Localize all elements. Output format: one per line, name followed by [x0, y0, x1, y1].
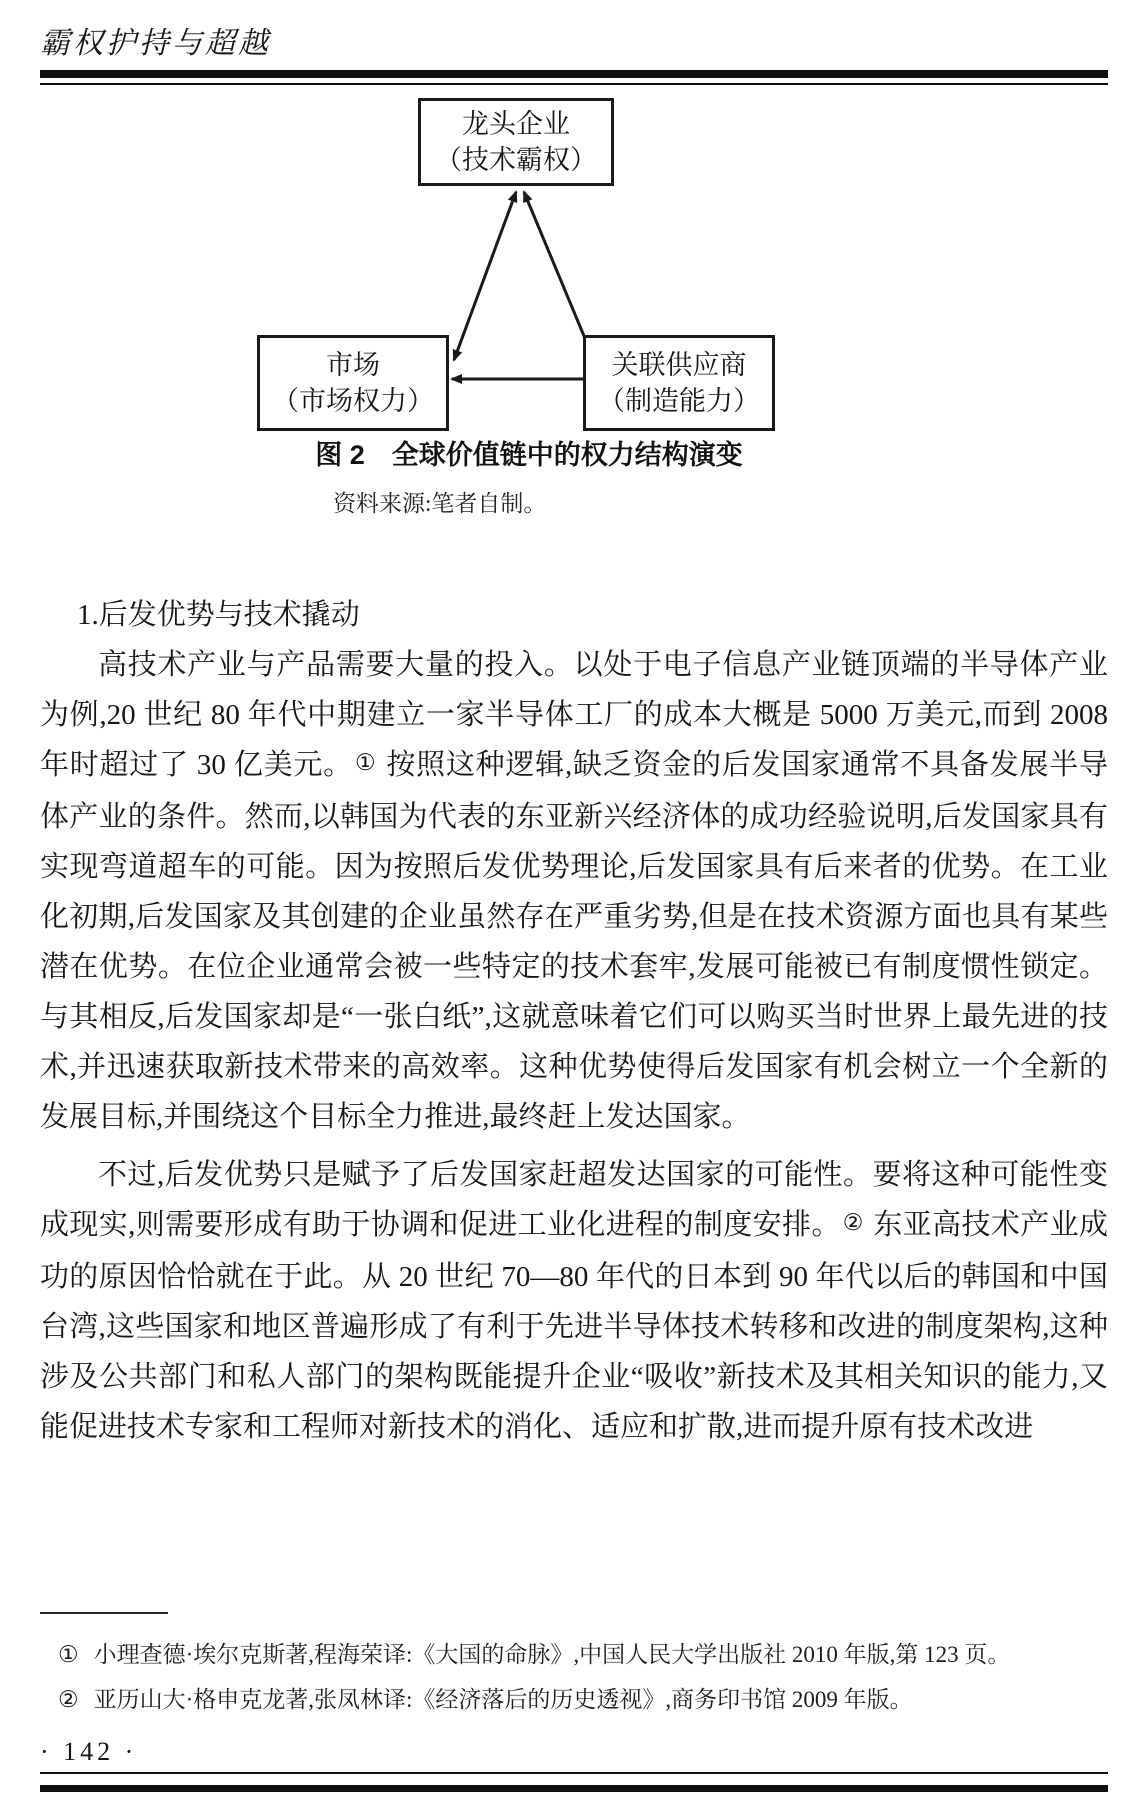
page-footer: · 142 · — [40, 1736, 1108, 1792]
footnote-2: ② 亚历山大·格申克龙著,张凤林译:《经济落后的历史透视》,商务印书馆 2009… — [40, 1677, 1108, 1722]
power-structure-diagram: 龙头企业 （技术霸权） 市场 （市场权力） 关联供应商 （制造能力） — [40, 98, 1108, 428]
node-lead-firm-subtitle: （技术霸权） — [435, 142, 597, 178]
node-lead-firm: 龙头企业 （技术霸权） — [418, 98, 614, 186]
footnote-2-text: 亚历山大·格申克龙著,张凤林译:《经济落后的历史透视》,商务印书馆 2009 年… — [94, 1677, 913, 1722]
node-market: 市场 （市场权力） — [257, 335, 449, 431]
paragraph-2: 不过,后发优势只是赋予了后发国家赶超发达国家的可能性。要将这种可能性变成现实,则… — [40, 1150, 1108, 1452]
header-rule-thin — [40, 83, 1108, 85]
node-supplier: 关联供应商 （制造能力） — [583, 335, 775, 431]
page-header: 霸权护持与超越 — [40, 0, 1108, 85]
paragraph-1-text-post: 按照这种逻辑,缺乏资金的后发国家通常不具备发展半导体产业的条件。然而,以韩国为代… — [40, 749, 1108, 1133]
node-lead-firm-title: 龙头企业 — [462, 106, 570, 142]
node-market-title: 市场 — [326, 347, 380, 383]
node-market-subtitle: （市场权力） — [272, 383, 434, 419]
paragraph-1: 高技术产业与产品需要大量的投入。以处于电子信息产业链顶端的半导体产业为例,20 … — [40, 640, 1108, 1142]
footnote-2-marker: ② — [58, 1677, 79, 1722]
page-number: · 142 · — [40, 1736, 1108, 1768]
figure-block: 龙头企业 （技术霸权） 市场 （市场权力） 关联供应商 （制造能力） 图 2 全… — [40, 98, 1108, 519]
footer-rule-thick — [40, 1785, 1108, 1792]
node-supplier-subtitle: （制造能力） — [598, 383, 760, 419]
header-rule-thick — [40, 70, 1108, 78]
footnote-1-text: 小理查德·埃尔克斯著,程海荣译:《大国的命脉》,中国人民大学出版社 2010 年… — [94, 1632, 1011, 1677]
body-text: 1.后发优势与技术撬动 高技术产业与产品需要大量的投入。以处于电子信息产业链顶端… — [40, 595, 1108, 1452]
footnote-ref-1: ① — [353, 750, 378, 775]
paragraph-2-text-post: 东亚高技术产业成功的原因恰恰就在于此。从 20 世纪 70—80 年代的日本到 … — [40, 1209, 1108, 1443]
running-title: 霸权护持与超越 — [40, 0, 1108, 64]
section-heading: 1.后发优势与技术撬动 — [40, 595, 1108, 635]
arrow-top-to-left — [454, 192, 516, 360]
footnote-ref-2: ② — [841, 1210, 866, 1235]
footer-rule-thin — [40, 1772, 1108, 1774]
footnote-1-marker: ① — [58, 1632, 79, 1677]
footnote-1: ① 小理查德·埃尔克斯著,程海荣译:《大国的命脉》,中国人民大学出版社 2010… — [40, 1632, 1108, 1677]
footnote-separator — [40, 1612, 168, 1614]
figure-caption: 图 2 全球价值链中的权力结构演变 — [40, 438, 1018, 472]
document-page: 霸权护持与超越 龙头企业 （技术霸权） — [0, 0, 1148, 1797]
figure-source: 资料来源:笔者自制。 — [40, 489, 1108, 519]
node-supplier-title: 关联供应商 — [612, 347, 747, 383]
footnotes-block: ① 小理查德·埃尔克斯著,程海荣译:《大国的命脉》,中国人民大学出版社 2010… — [40, 1612, 1108, 1722]
